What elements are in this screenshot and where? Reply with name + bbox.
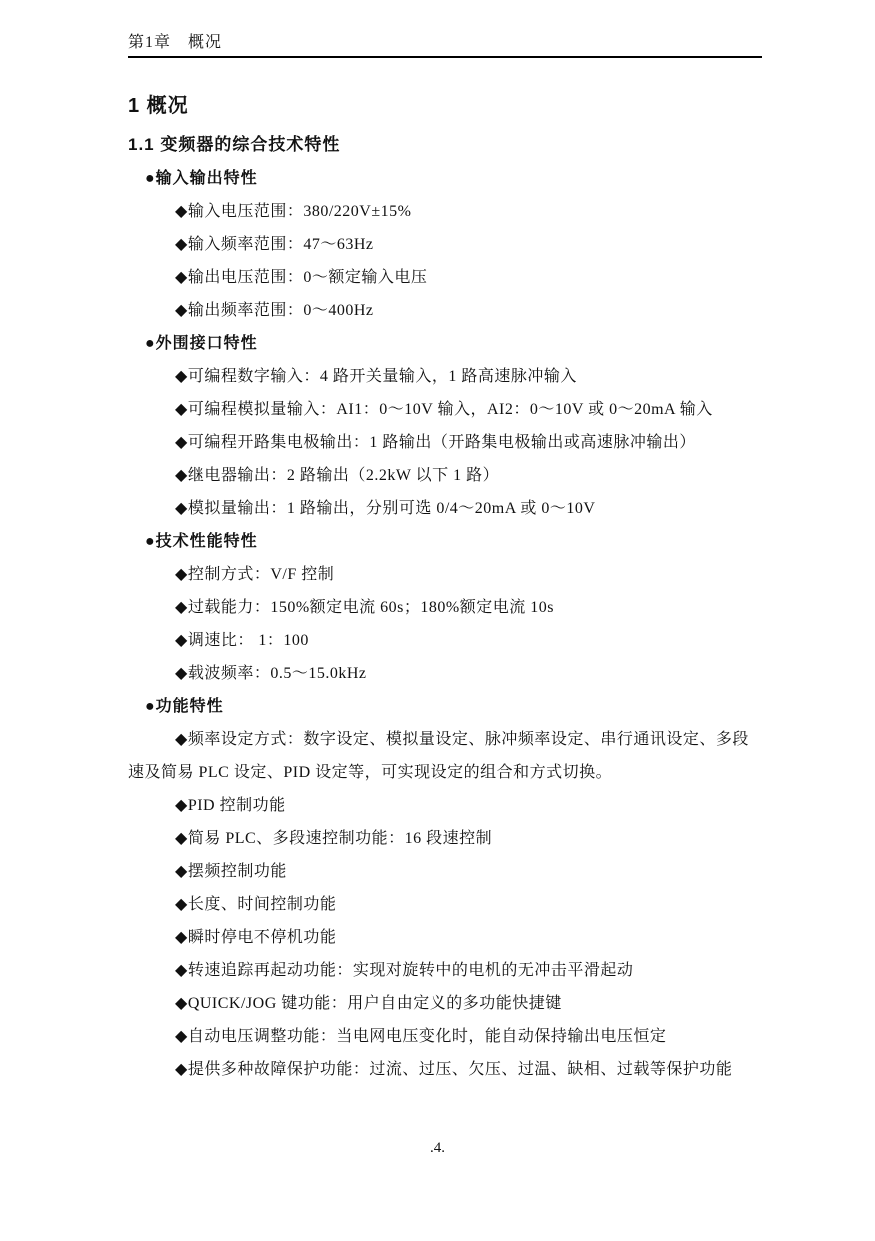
feature-item: ◆载波频率：0.5～15.0kHz (128, 657, 762, 690)
group-heading-label: 外围接口特性 (156, 335, 258, 352)
feature-item: ◆简易 PLC、多段速控制功能：16 段速控制 (128, 822, 762, 855)
feature-group: ●功能特性◆频率设定方式：数字设定、模拟量设定、脉冲频率设定、串行通讯设定、多段… (128, 690, 762, 1086)
diamond-icon: ◆ (175, 797, 188, 814)
feature-item: ◆输入频率范围：47～63Hz (128, 228, 762, 261)
diamond-icon: ◆ (175, 467, 188, 484)
page-number: .4. (430, 1140, 445, 1156)
feature-item-text: QUICK/JOG 键功能：用户自由定义的多功能快捷键 (188, 995, 562, 1012)
bullet-icon: ● (145, 533, 156, 550)
group-heading: ●技术性能特性 (128, 525, 762, 558)
feature-item-text: 可编程数字输入：4 路开关量输入，1 路高速脉冲输入 (188, 368, 577, 385)
feature-item: ◆继电器输出：2 路输出（2.2kW 以下 1 路） (128, 459, 762, 492)
feature-item-text: 提供多种故障保护功能：过流、过压、欠压、过温、缺相、过载等保护功能 (188, 1061, 733, 1078)
feature-item-text: 转速追踪再起动功能：实现对旋转中的电机的无冲击平滑起动 (188, 962, 634, 979)
feature-item: ◆控制方式：V/F 控制 (128, 558, 762, 591)
feature-item: ◆可编程数字输入：4 路开关量输入，1 路高速脉冲输入 (128, 360, 762, 393)
diamond-icon: ◆ (175, 863, 188, 880)
diamond-icon: ◆ (175, 434, 188, 451)
diamond-icon: ◆ (175, 566, 188, 583)
diamond-icon: ◆ (175, 368, 188, 385)
diamond-icon: ◆ (175, 731, 188, 748)
group-heading-label: 输入输出特性 (156, 170, 258, 187)
bullet-icon: ● (145, 335, 156, 352)
feature-item: ◆转速追踪再起动功能：实现对旋转中的电机的无冲击平滑起动 (128, 954, 762, 987)
page-footer: .4. (0, 1139, 875, 1157)
running-header: 第1章 概况 (128, 33, 762, 58)
diamond-icon: ◆ (175, 962, 188, 979)
feature-item: ◆摆频控制功能 (128, 855, 762, 888)
feature-item-text: 过载能力：150%额定电流 60s；180%额定电流 10s (188, 599, 554, 616)
feature-group: ●技术性能特性◆控制方式：V/F 控制◆过载能力：150%额定电流 60s；18… (128, 525, 762, 690)
feature-item-text: 频率设定方式：数字设定、模拟量设定、脉冲频率设定、串行通讯设定、多段速及简易 P… (128, 731, 749, 781)
diamond-icon: ◆ (175, 632, 188, 649)
diamond-icon: ◆ (175, 236, 188, 253)
bullet-icon: ● (145, 170, 156, 187)
feature-item-text: 瞬时停电不停机功能 (188, 929, 337, 946)
diamond-icon: ◆ (175, 995, 188, 1012)
feature-item-text: 摆频控制功能 (188, 863, 287, 880)
feature-item: ◆可编程模拟量输入：AI1：0～10V 输入，AI2：0～10V 或 0～20m… (128, 393, 762, 426)
feature-item-text: 载波频率：0.5～15.0kHz (188, 665, 367, 682)
feature-item-text: 输入频率范围：47～63Hz (188, 236, 374, 253)
feature-groups: ●输入输出特性◆输入电压范围：380/220V±15%◆输入频率范围：47～63… (128, 162, 762, 1086)
diamond-icon: ◆ (175, 269, 188, 286)
feature-item: ◆输出频率范围：0～400Hz (128, 294, 762, 327)
diamond-icon: ◆ (175, 929, 188, 946)
feature-item-text: 长度、时间控制功能 (188, 896, 337, 913)
diamond-icon: ◆ (175, 599, 188, 616)
feature-item-text: 调速比： 1：100 (188, 632, 309, 649)
chapter-title: 1 概况 (128, 94, 762, 118)
diamond-icon: ◆ (175, 1028, 188, 1045)
feature-item-text: 继电器输出：2 路输出（2.2kW 以下 1 路） (188, 467, 499, 484)
feature-item: ◆输入电压范围：380/220V±15% (128, 195, 762, 228)
group-heading: ●输入输出特性 (128, 162, 762, 195)
diamond-icon: ◆ (175, 830, 188, 847)
feature-item-text: 可编程开路集电极输出：1 路输出（开路集电极输出或高速脉冲输出） (188, 434, 696, 451)
diamond-icon: ◆ (175, 203, 188, 220)
bullet-icon: ● (145, 698, 156, 715)
feature-item: ◆PID 控制功能 (128, 789, 762, 822)
feature-item-text: 输出电压范围：0～额定输入电压 (188, 269, 428, 286)
diamond-icon: ◆ (175, 500, 188, 517)
feature-item: ◆过载能力：150%额定电流 60s；180%额定电流 10s (128, 591, 762, 624)
document-page: 第1章 概况 1 概况 1.1 变频器的综合技术特性 ●输入输出特性◆输入电压范… (0, 0, 875, 1241)
feature-item-text: 输出频率范围：0～400Hz (188, 302, 374, 319)
feature-item-text: 控制方式：V/F 控制 (188, 566, 334, 583)
diamond-icon: ◆ (175, 1061, 188, 1078)
feature-item: ◆频率设定方式：数字设定、模拟量设定、脉冲频率设定、串行通讯设定、多段速及简易 … (128, 723, 762, 789)
feature-item-text: PID 控制功能 (188, 797, 286, 814)
feature-item: ◆模拟量输出：1 路输出，分别可选 0/4～20mA 或 0～10V (128, 492, 762, 525)
diamond-icon: ◆ (175, 302, 188, 319)
feature-item: ◆调速比： 1：100 (128, 624, 762, 657)
diamond-icon: ◆ (175, 665, 188, 682)
running-header-text: 第1章 概况 (128, 34, 222, 51)
feature-item: ◆瞬时停电不停机功能 (128, 921, 762, 954)
feature-item: ◆可编程开路集电极输出：1 路输出（开路集电极输出或高速脉冲输出） (128, 426, 762, 459)
feature-item-text: 输入电压范围：380/220V±15% (188, 203, 412, 220)
feature-item: ◆自动电压调整功能：当电网电压变化时，能自动保持输出电压恒定 (128, 1020, 762, 1053)
feature-item-text: 简易 PLC、多段速控制功能：16 段速控制 (188, 830, 492, 847)
feature-item: ◆QUICK/JOG 键功能：用户自由定义的多功能快捷键 (128, 987, 762, 1020)
feature-item-text: 可编程模拟量输入：AI1：0～10V 输入，AI2：0～10V 或 0～20mA… (188, 401, 713, 418)
group-heading-label: 功能特性 (156, 698, 224, 715)
group-heading: ●功能特性 (128, 690, 762, 723)
feature-item: ◆长度、时间控制功能 (128, 888, 762, 921)
section-title: 1.1 变频器的综合技术特性 (128, 135, 762, 155)
feature-item-text: 模拟量输出：1 路输出，分别可选 0/4～20mA 或 0～10V (188, 500, 596, 517)
diamond-icon: ◆ (175, 896, 188, 913)
feature-item: ◆提供多种故障保护功能：过流、过压、欠压、过温、缺相、过载等保护功能 (128, 1053, 762, 1086)
feature-item: ◆输出电压范围：0～额定输入电压 (128, 261, 762, 294)
group-heading-label: 技术性能特性 (156, 533, 258, 550)
feature-group: ●外围接口特性◆可编程数字输入：4 路开关量输入，1 路高速脉冲输入◆可编程模拟… (128, 327, 762, 525)
feature-group: ●输入输出特性◆输入电压范围：380/220V±15%◆输入频率范围：47～63… (128, 162, 762, 327)
feature-item-text: 自动电压调整功能：当电网电压变化时，能自动保持输出电压恒定 (188, 1028, 667, 1045)
group-heading: ●外围接口特性 (128, 327, 762, 360)
diamond-icon: ◆ (175, 401, 188, 418)
